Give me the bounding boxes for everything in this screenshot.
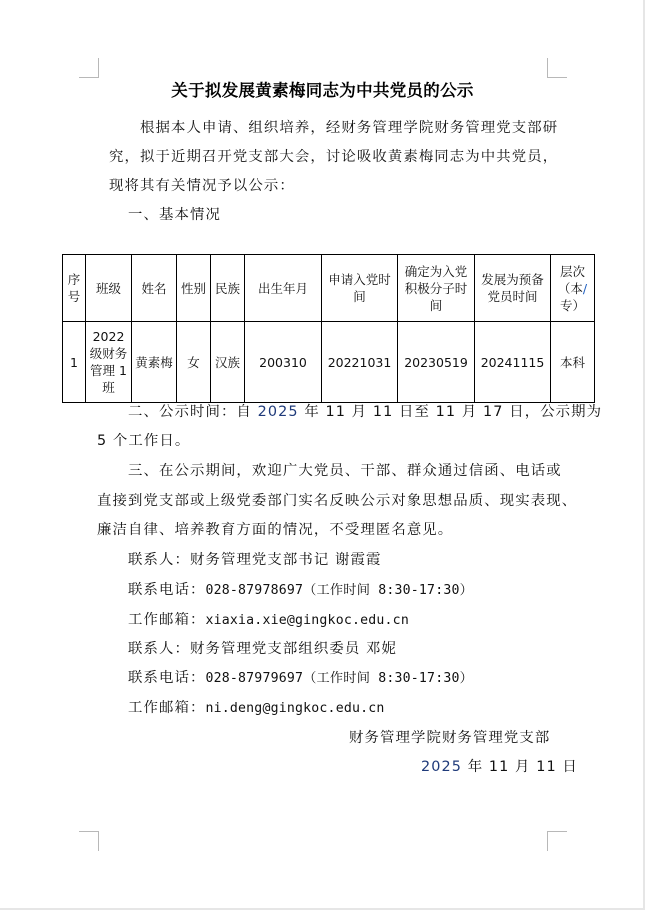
cell-seq: 1 — [63, 322, 86, 403]
header-level: 层次 （本/ 专） — [551, 255, 595, 322]
signature-date: 2025 年 11 月 11 日 — [421, 757, 578, 777]
section1-heading: 一、基本情况 — [128, 205, 221, 225]
contact2-phone: 联系电话：028-87979697（工作时间 8:30-17:30） — [128, 668, 473, 689]
margin-corner-mark-bottom-right — [547, 831, 567, 851]
section2-line-2: 5 个工作日。 — [97, 431, 190, 451]
table-row: 1 2022 级财务 管理 1 班 黄素梅 女 汉族 200310 202210… — [63, 322, 595, 403]
cell-apply-date: 20221031 — [322, 322, 398, 403]
section2-line-1: 二、公示时间：自 2025 年 11 月 11 日至 11 月 17 日，公示期… — [128, 402, 602, 422]
document-page: 关于拟发展黄素梅同志为中共党员的公示 根据本人申请、组织培养，经财务管理学院财务… — [0, 0, 643, 908]
header-probationary-date: 发展为预备 党员时间 — [475, 255, 551, 322]
header-seq: 序 号 — [63, 255, 86, 322]
contact1-email-address: xiaxia.xie@gingkoc.edu.cn — [205, 613, 409, 628]
cell-probationary-date: 20241115 — [475, 322, 551, 403]
cell-name: 黄素梅 — [132, 322, 177, 403]
document-title: 关于拟发展黄素梅同志为中共党员的公示 — [0, 77, 645, 101]
cell-class: 2022 级财务 管理 1 班 — [86, 322, 132, 403]
header-activist-date: 确定为入党 积极分子时 间 — [398, 255, 475, 322]
header-ethnicity: 民族 — [211, 255, 245, 322]
header-name: 姓名 — [132, 255, 177, 322]
margin-corner-mark-top-right — [547, 58, 567, 78]
contact2-email: 工作邮箱：ni.deng@gingkoc.edu.cn — [128, 698, 385, 719]
intro-line-3: 现将其有关情况予以公示： — [109, 176, 295, 196]
intro-line-2: 究，拟于近期召开党支部大会，讨论吸收黄素梅同志为中共党员， — [109, 147, 558, 167]
basic-info-table: 序 号 班级 姓名 性别 民族 出生年月 申请入党时 间 确定为入党 积极分子时… — [62, 254, 595, 403]
cell-gender: 女 — [177, 322, 211, 403]
section3-line-3: 廉洁自律、培养教育方面的情况，不受理匿名意见。 — [97, 520, 453, 540]
header-apply-date: 申请入党时 间 — [322, 255, 398, 322]
cell-activist-date: 20230519 — [398, 322, 475, 403]
contact1-person: 联系人：财务管理党支部书记 谢霞霞 — [128, 550, 382, 570]
header-gender: 性别 — [177, 255, 211, 322]
header-class: 班级 — [86, 255, 132, 322]
contact2-email-address: ni.deng@gingkoc.edu.cn — [205, 701, 384, 716]
cell-level: 本科 — [551, 322, 595, 403]
header-birth: 出生年月 — [245, 255, 322, 322]
signature-org: 财务管理学院财务管理党支部 — [349, 728, 550, 748]
cell-ethnicity: 汉族 — [211, 322, 245, 403]
cell-birth: 200310 — [245, 322, 322, 403]
contact1-email: 工作邮箱：xiaxia.xie@gingkoc.edu.cn — [128, 610, 409, 631]
margin-corner-mark-top-left — [79, 58, 99, 78]
section3-line-1: 三、在公示期间，欢迎广大党员、干部、群众通过信函、电话或 — [128, 461, 562, 481]
contact1-phone: 联系电话：028-87978697（工作时间 8:30-17:30） — [128, 580, 473, 601]
intro-line-1: 根据本人申请、组织培养，经财务管理学院财务管理党支部研 — [140, 118, 558, 138]
contact2-person: 联系人：财务管理党支部组织委员 邓妮 — [128, 639, 397, 659]
section3-line-2: 直接到党支部或上级党委部门实名反映公示对象思想品质、现实表现、 — [97, 491, 577, 511]
margin-corner-mark-bottom-left — [79, 831, 99, 851]
table-header-row: 序 号 班级 姓名 性别 民族 出生年月 申请入党时 间 确定为入党 积极分子时… — [63, 255, 595, 322]
